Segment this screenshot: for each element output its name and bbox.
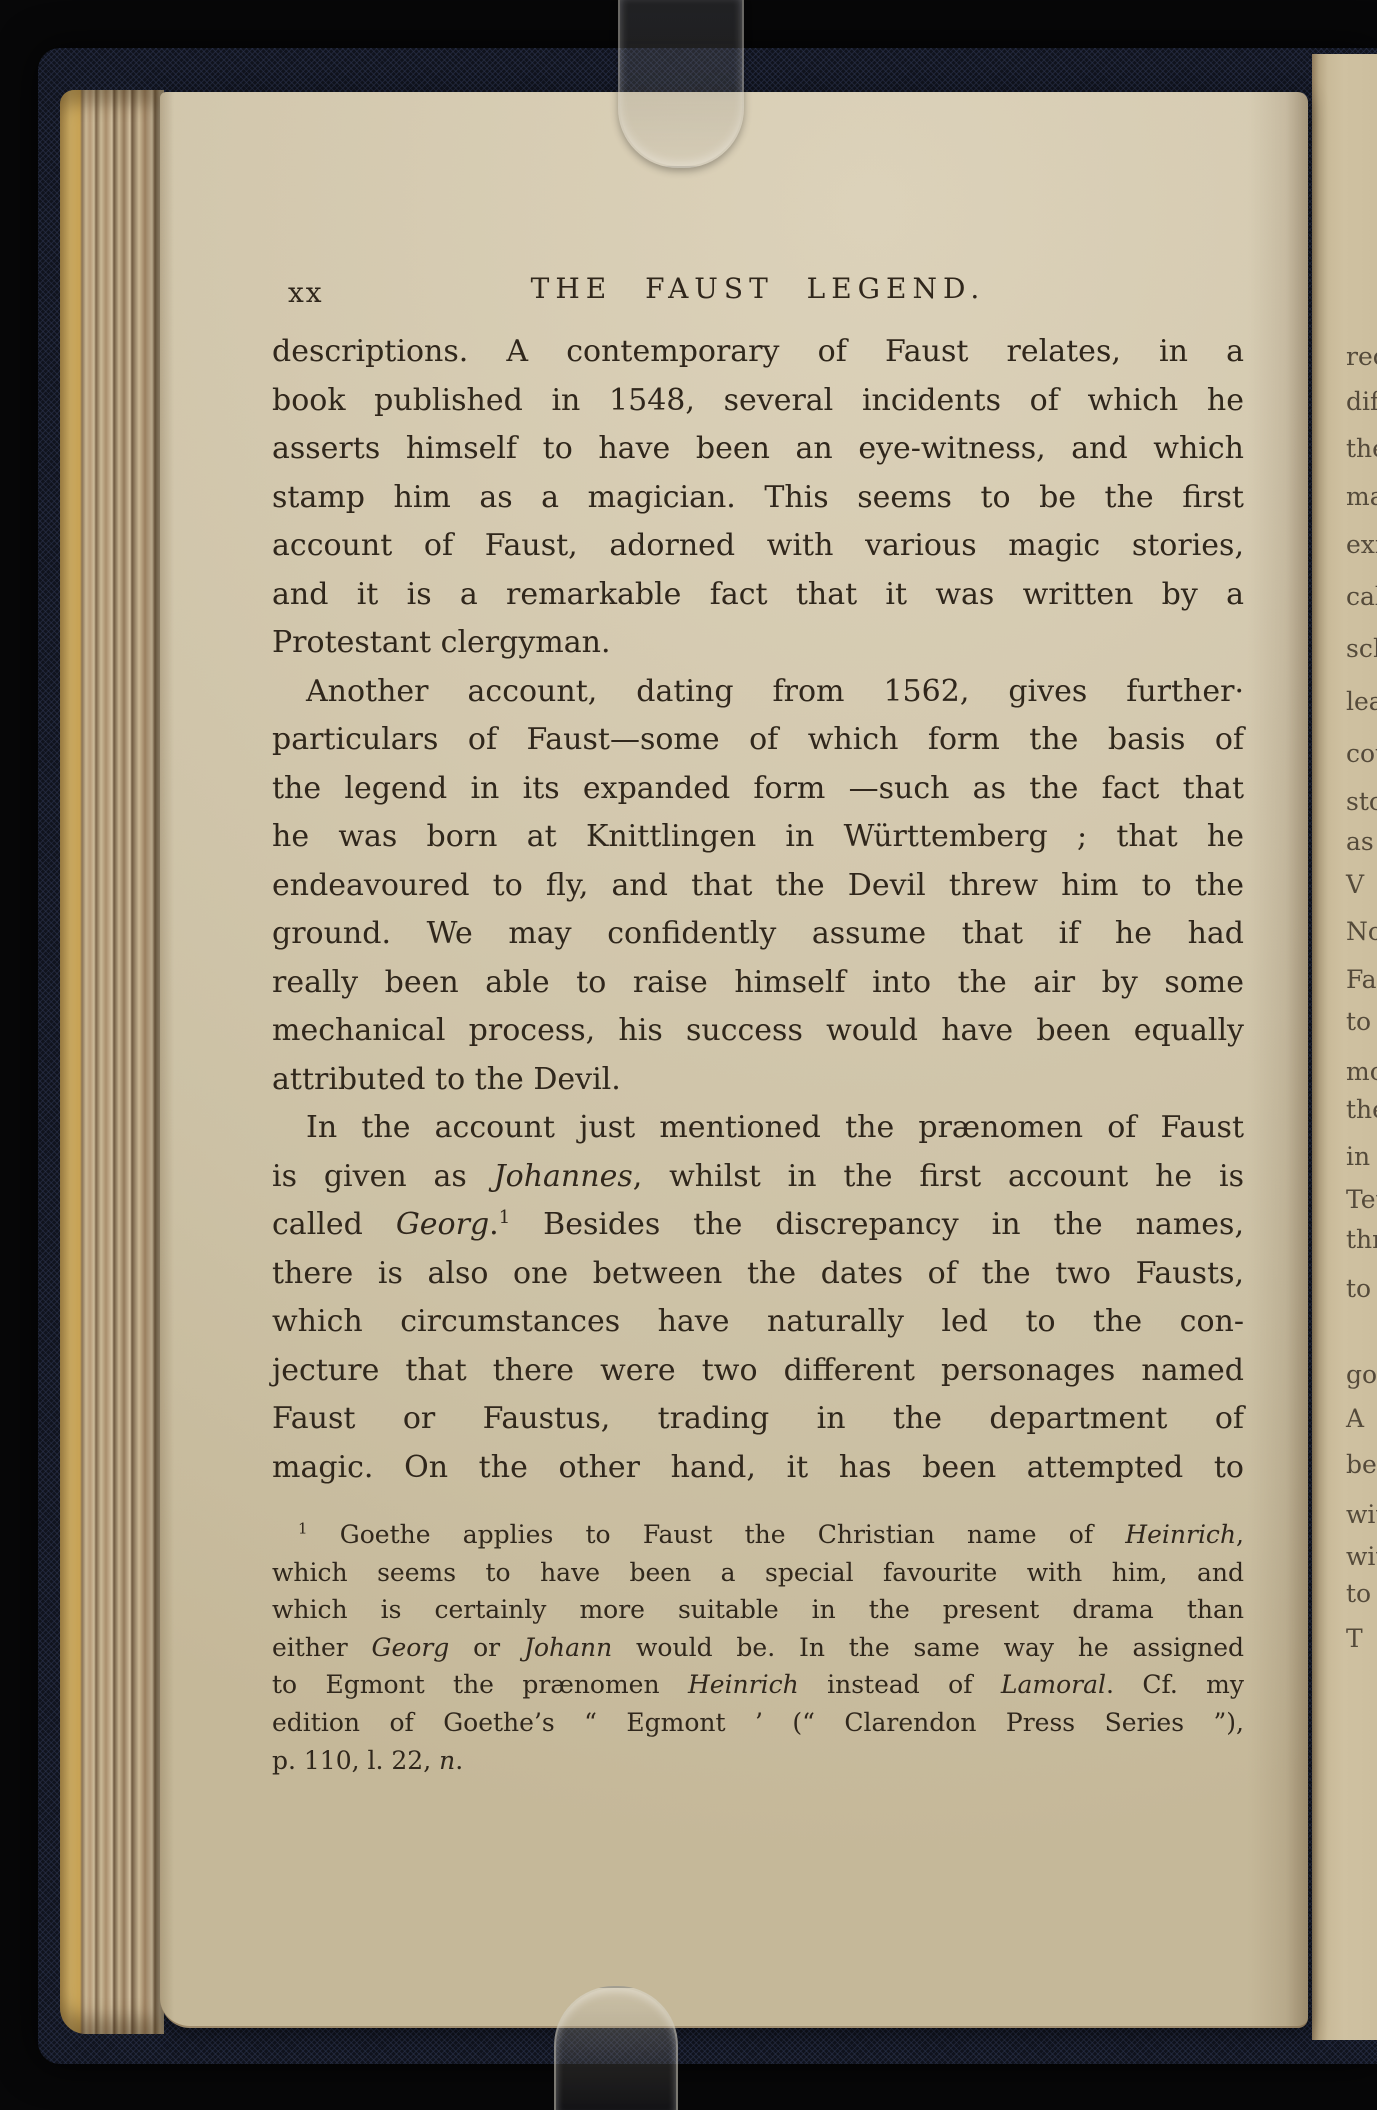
next-page-text-fragment: Fau [1346, 967, 1377, 992]
next-page-text-fragment: the [1346, 436, 1377, 461]
text-line: stamp him as a magician. This seems to b… [272, 474, 1244, 523]
next-page-text-fragment: mos [1346, 1059, 1377, 1084]
next-page-text-fragment: in t [1346, 1144, 1377, 1169]
text-line: descriptions. A contemporary of Faust re… [272, 328, 1244, 377]
text-line: is given as Johannes, whilst in the firs… [272, 1153, 1244, 1202]
text-line: ground. We may confidently assume that i… [272, 910, 1244, 959]
text-line: to Egmont the prænomen Heinrich instead … [272, 1666, 1244, 1704]
page-header: xx THE FAUST LEGEND. [272, 272, 1244, 314]
text-line: account of Faust, adorned with various m… [272, 522, 1244, 571]
next-page-text-fragment: thr [1346, 1227, 1377, 1252]
next-page-text-fragment: diffe [1346, 389, 1377, 414]
text-line: edition of Goethe’s “ Egmont ’ (“ Claren… [272, 1704, 1244, 1742]
text-line: Another account, dating from 1562, gives… [272, 668, 1244, 717]
text-line: magic. On the other hand, it has been at… [272, 1444, 1244, 1493]
text-line: book published in 1548, several incident… [272, 377, 1244, 426]
next-page-text-fragment: exist [1346, 532, 1377, 557]
next-page-text-fragment: as it [1346, 829, 1377, 854]
next-page-text-fragment: lead [1346, 689, 1377, 714]
next-page-text-fragment: T [1346, 1626, 1363, 1651]
text-line: which seems to have been a special favou… [272, 1554, 1244, 1592]
next-page-text-fragment: Teu [1346, 1187, 1377, 1212]
text-line: 1 Goethe applies to Faust the Christian … [272, 1516, 1244, 1554]
scanned-book-photo: recodiffethemayexistcallescholeadcoursto… [0, 0, 1377, 2110]
text-line: In the account just mentioned the prænom… [272, 1104, 1244, 1153]
next-page-text-fragment: calle [1346, 584, 1377, 609]
left-page-edges [60, 90, 164, 2034]
next-page-text-fragment: reco [1346, 344, 1377, 369]
text-line: Protestant clergyman. [272, 619, 1244, 668]
next-page-text-fragment: V [1346, 872, 1364, 897]
text-line: jecture that there were two different pe… [272, 1347, 1244, 1396]
body-text: descriptions. A contemporary of Faust re… [272, 328, 1244, 1492]
next-page-text-fragment: the [1346, 1097, 1377, 1122]
text-line: there is also one between the dates of t… [272, 1250, 1244, 1299]
running-title: THE FAUST LEGEND. [272, 272, 1244, 305]
text-line: which circumstances have naturally led t… [272, 1298, 1244, 1347]
text-line: mechanical process, his success would ha… [272, 1007, 1244, 1056]
transparent-holder-strap-bottom [554, 1986, 678, 2110]
next-page-text-fragment: bee [1346, 1452, 1377, 1477]
next-page-text-fragment: god [1346, 1362, 1377, 1387]
next-page-text-fragment: wit [1346, 1502, 1377, 1527]
text-line: asserts himself to have been an eye-witn… [272, 425, 1244, 474]
text-line: he was born at Knittlingen in Württember… [272, 813, 1244, 862]
next-page-text-fragment: cour [1346, 741, 1377, 766]
text-line: really been able to raise himself into t… [272, 959, 1244, 1008]
text-line: attributed to the Devil. [272, 1056, 1244, 1105]
next-page-text-fragment: to f [1346, 1009, 1377, 1034]
next-page-text-fragment: to l [1346, 1581, 1377, 1606]
next-page-text-fragment: Nor [1346, 919, 1377, 944]
next-page-text-fragment: A [1346, 1406, 1364, 1431]
transparent-holder-strap-top [618, 0, 744, 168]
text-line: called Georg.1 Besides the discrepancy i… [272, 1201, 1244, 1250]
next-page-text-fragment: wit [1346, 1544, 1377, 1569]
text-line: either Georg or Johann would be. In the … [272, 1629, 1244, 1667]
text-line: Faust or Faustus, trading in the departm… [272, 1395, 1244, 1444]
text-line: and it is a remarkable fact that it was … [272, 571, 1244, 620]
text-line: particulars of Faust—some of which form … [272, 716, 1244, 765]
next-page-text-fragment: may [1346, 484, 1377, 509]
next-page-text-fragment: to l [1346, 1276, 1377, 1301]
next-page-sliver: recodiffethemayexistcallescholeadcoursto… [1312, 54, 1377, 2040]
next-page-text-fragment: scho [1346, 636, 1377, 661]
next-page-text-fragment: stori [1346, 789, 1377, 814]
text-line: which is certainly more suitable in the … [272, 1591, 1244, 1629]
text-line: the legend in its expanded form —such as… [272, 765, 1244, 814]
book-page: xx THE FAUST LEGEND. descriptions. A con… [160, 92, 1308, 2028]
text-line: endeavoured to fly, and that the Devil t… [272, 862, 1244, 911]
text-line: p. 110, l. 22, n. [272, 1742, 1244, 1780]
footnote: 1 Goethe applies to Faust the Christian … [272, 1516, 1244, 1779]
